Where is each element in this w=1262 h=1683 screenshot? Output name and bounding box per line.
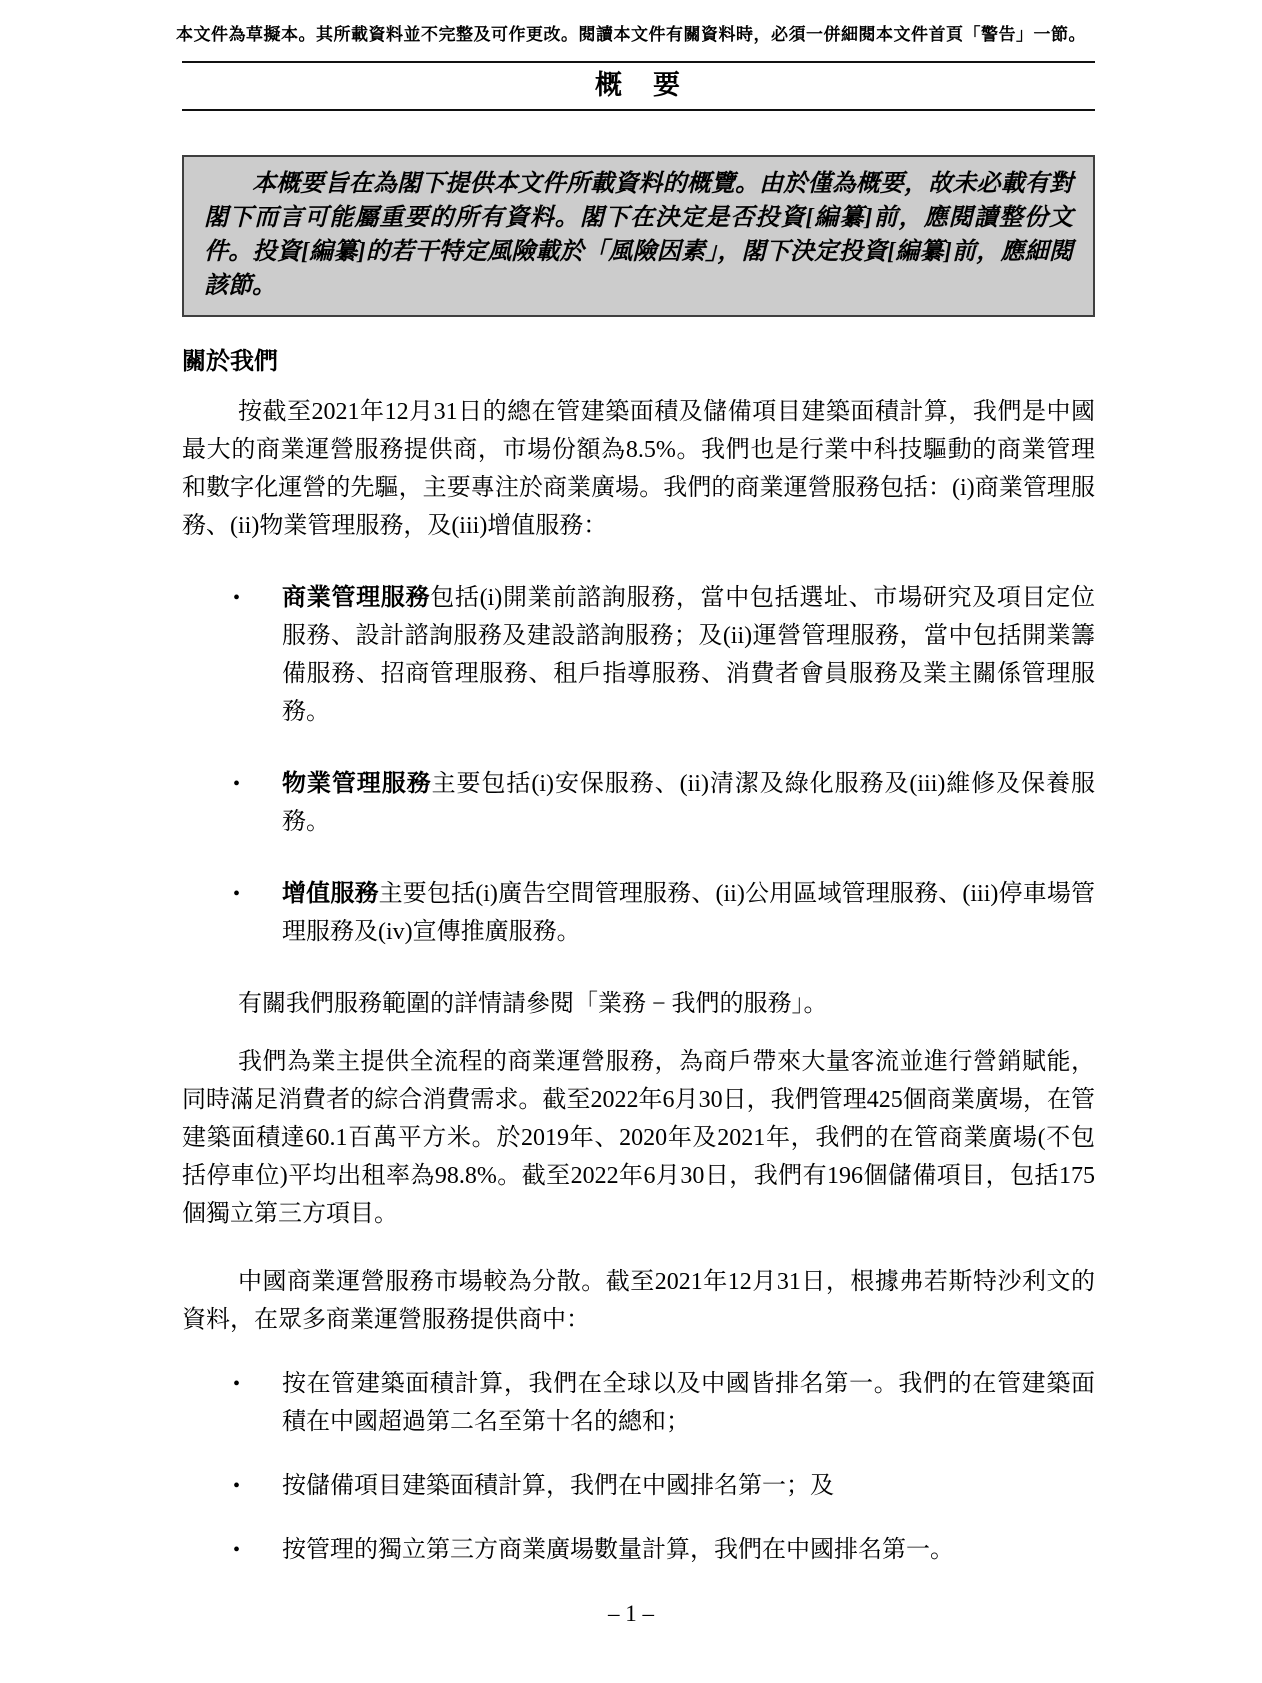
bullet-text: 按儲備項目建築面積計算，我們在中國排名第一；及 [282,1467,1095,1505]
bullet-desc: 主要包括(i)廣告空間管理服務、(ii)公用區域管理服務、(iii)停車場管理服… [282,881,1095,945]
bullet-term: 商業管理服務 [282,584,430,611]
bullet-term: 物業管理服務 [282,770,432,797]
service-bullet-list: • 商業管理服務包括(i)開業前諮詢服務，當中包括選址、市場研究及項目定位服務、… [182,579,1095,951]
bullet-item-commercial-management: • 商業管理服務包括(i)開業前諮詢服務，當中包括選址、市場研究及項目定位服務、… [182,579,1095,731]
bullet-item-value-added: • 增值服務主要包括(i)廣告空間管理服務、(ii)公用區域管理服務、(iii)… [182,875,1095,951]
bullet-item-property-management: • 物業管理服務主要包括(i)安保服務、(ii)清潔及綠化服務及(iii)維修及… [182,765,1095,841]
bullet-dot-icon: • [182,875,282,951]
section-header: 概 要 [182,61,1095,111]
bullet-term: 增值服務 [282,880,379,907]
page-number: – 1 – [0,1601,1262,1627]
paragraph-services-note: 有關我們服務範圍的詳情請參閱「業務 − 我們的服務」。 [182,985,1095,1023]
paragraph-operating-scale: 我們為業主提供全流程的商業運營服務，為商戶帶來大量客流並進行營銷賦能，同時滿足消… [182,1043,1095,1233]
bullet-text: 按管理的獨立第三方商業廣場數量計算，我們在中國排名第一。 [282,1531,1095,1569]
bullet-text: 物業管理服務主要包括(i)安保服務、(ii)清潔及綠化服務及(iii)維修及保養… [282,765,1095,841]
bullet-item-ranking-pipeline: • 按儲備項目建築面積計算，我們在中國排名第一；及 [182,1467,1095,1505]
paragraph-company-overview: 按截至2021年12月31日的總在管建築面積及儲備項目建築面積計算，我們是中國最… [182,393,1095,545]
page-title: 概 要 [182,68,1095,102]
bullet-text: 增值服務主要包括(i)廣告空間管理服務、(ii)公用區域管理服務、(iii)停車… [282,875,1095,951]
bullet-item-ranking-gfa: • 按在管建築面積計算，我們在全球以及中國皆排名第一。我們的在管建築面積在中國超… [182,1365,1095,1441]
bullet-text: 商業管理服務包括(i)開業前諮詢服務，當中包括選址、市場研究及項目定位服務、設計… [282,579,1095,731]
bullet-dot-icon: • [182,1467,282,1505]
ranking-bullet-list: • 按在管建築面積計算，我們在全球以及中國皆排名第一。我們的在管建築面積在中國超… [182,1365,1095,1569]
draft-disclaimer: 本文件為草擬本。其所載資料並不完整及可作更改。閱讀本文件有關資料時，必須一併細閱… [0,0,1262,45]
bullet-dot-icon: • [182,1531,282,1569]
bullet-item-ranking-third-party: • 按管理的獨立第三方商業廣場數量計算，我們在中國排名第一。 [182,1531,1095,1569]
bullet-text: 按在管建築面積計算，我們在全球以及中國皆排名第一。我們的在管建築面積在中國超過第… [282,1365,1095,1441]
bullet-dot-icon: • [182,765,282,841]
section-heading-about-us: 關於我們 [182,347,1095,377]
bullet-dot-icon: • [182,579,282,731]
summary-box: 本概要旨在為閣下提供本文件所載資料的概覽。由於僅為概要，故未必載有對閣下而言可能… [182,155,1095,317]
paragraph-market-landscape: 中國商業運營服務市場較為分散。截至2021年12月31日，根據弗若斯特沙利文的資… [182,1263,1095,1339]
document-page: 本文件為草擬本。其所載資料並不完整及可作更改。閱讀本文件有關資料時，必須一併細閱… [0,0,1262,1683]
bullet-dot-icon: • [182,1365,282,1441]
summary-box-text: 本概要旨在為閣下提供本文件所載資料的概覽。由於僅為概要，故未必載有對閣下而言可能… [204,167,1073,303]
